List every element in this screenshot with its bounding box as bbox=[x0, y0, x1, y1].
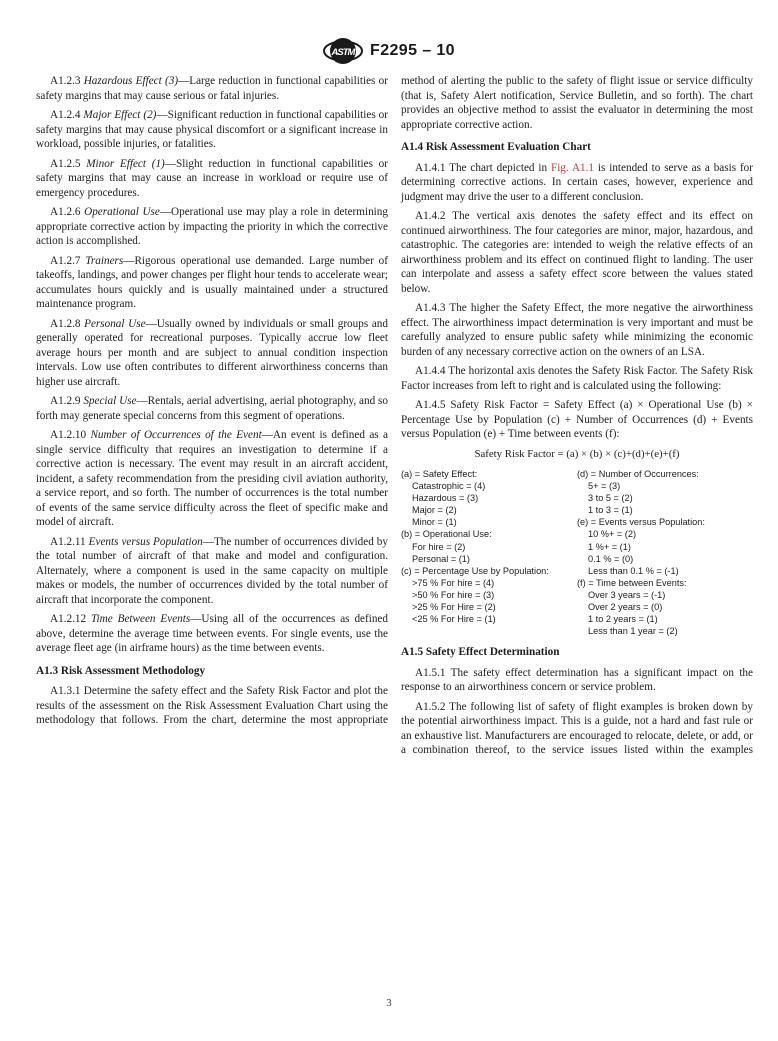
factor-legend-line: Personal = (1) bbox=[401, 553, 577, 565]
italic-term: Major Effect (2) bbox=[83, 109, 156, 121]
paragraph: A1.2.3 Hazardous Effect (3)—Large reduct… bbox=[36, 74, 388, 103]
factor-legend-column: (a) = Safety Effect:Catastrophic = (4)Ha… bbox=[401, 468, 577, 637]
paragraph: A1.5.2 The following list of safety of f… bbox=[401, 700, 753, 758]
text-run: A1.4.4 The horizontal axis denotes the S… bbox=[401, 365, 753, 392]
text-run: A1.4.5 Safety Risk Factor = Safety Effec… bbox=[401, 399, 753, 440]
paragraph: A1.2.4 Major Effect (2)—Significant redu… bbox=[36, 108, 388, 152]
paragraph: A1.4.4 The horizontal axis denotes the S… bbox=[401, 364, 753, 393]
factor-legend-line: (a) = Safety Effect: bbox=[401, 468, 577, 480]
column-left: A1.2.3 Hazardous Effect (3)—Large reduct… bbox=[36, 74, 388, 763]
factor-legend-line: >75 % For hire = (4) bbox=[401, 577, 577, 589]
paragraph: A1.2.12 Time Between Events—Using all of… bbox=[36, 612, 388, 656]
page-header: ASTM F2295 – 10 bbox=[0, 36, 778, 66]
paragraph: A1.4.1 The chart depicted in Fig. A1.1 i… bbox=[401, 161, 753, 205]
italic-term: Time Between Events bbox=[91, 613, 190, 625]
italic-term: Minor Effect (1) bbox=[86, 158, 165, 170]
text-columns: A1.2.3 Hazardous Effect (3)—Large reduct… bbox=[36, 74, 753, 763]
factor-legend-line: Catastrophic = (4) bbox=[401, 480, 577, 492]
factor-legend-line: <25 % For Hire = (1) bbox=[401, 613, 577, 625]
factor-legend-line: Over 2 years = (0) bbox=[577, 601, 753, 613]
section-heading: A1.4 Risk Assessment Evaluation Chart bbox=[401, 140, 753, 155]
paragraph: A1.4.5 Safety Risk Factor = Safety Effec… bbox=[401, 398, 753, 442]
factor-legend-line: (d) = Number of Occurrences: bbox=[577, 468, 753, 480]
factor-legend-line: Less than 0.1 % = (-1) bbox=[577, 565, 753, 577]
paragraph: A1.2.5 Minor Effect (1)—Slight reduction… bbox=[36, 157, 388, 201]
paragraph: method of alerting the public to the saf… bbox=[401, 74, 753, 132]
paragraph: A1.2.10 Number of Occurrences of the Eve… bbox=[36, 428, 388, 530]
text-run: method of alerting the public to the saf… bbox=[401, 75, 753, 131]
paragraph: A1.3.1 Determine the safety effect and t… bbox=[36, 684, 388, 728]
italic-term: Operational Use bbox=[84, 206, 160, 218]
factor-legend-line: For hire = (2) bbox=[401, 541, 577, 553]
text-run: A1.4.1 The chart depicted in bbox=[415, 162, 551, 174]
text-run: A1.2.7 bbox=[50, 255, 85, 267]
text-run: A1.2.4 bbox=[50, 109, 83, 121]
text-run: A1.4.2 The vertical axis denotes the saf… bbox=[401, 210, 753, 295]
italic-term: Events versus Population bbox=[89, 536, 203, 548]
factor-legend-line: 1 to 2 years = (1) bbox=[577, 613, 753, 625]
factor-legend-line: Major = (2) bbox=[401, 504, 577, 516]
text-run: A1.5.2 The following list of safety of f… bbox=[401, 701, 753, 757]
factor-legend-line: 5+ = (3) bbox=[577, 480, 753, 492]
document-page: ASTM F2295 – 10 A1.2.3 Hazardous Effect … bbox=[0, 0, 778, 1041]
factor-legend-line: (c) = Percentage Use by Population: bbox=[401, 565, 577, 577]
italic-term: Number of Occurrences of the Event bbox=[90, 429, 261, 441]
factor-legend-line: 10 %+ = (2) bbox=[577, 528, 753, 540]
text-run: A1.3.1 Determine the safety effect and t… bbox=[36, 685, 388, 726]
paragraph: A1.4.2 The vertical axis denotes the saf… bbox=[401, 209, 753, 296]
factor-legend-line: Minor = (1) bbox=[401, 516, 577, 528]
text-run: A1.2.5 bbox=[50, 158, 86, 170]
italic-term: Hazardous Effect (3) bbox=[84, 75, 178, 87]
factor-legend-line: >50 % For hire = (3) bbox=[401, 589, 577, 601]
factor-legend-line: >25 % For Hire = (2) bbox=[401, 601, 577, 613]
text-run: A1.5.1 The safety effect determination h… bbox=[401, 667, 753, 694]
factor-legend-line: 1 to 3 = (1) bbox=[577, 504, 753, 516]
fig-a1-1-link[interactable]: Fig. A1.1 bbox=[551, 162, 594, 174]
factor-legend-line: (f) = Time between Events: bbox=[577, 577, 753, 589]
text-run: A1.2.10 bbox=[50, 429, 90, 441]
page-number: 3 bbox=[0, 998, 778, 1009]
factor-legend: (a) = Safety Effect:Catastrophic = (4)Ha… bbox=[401, 468, 753, 637]
standard-designation: F2295 – 10 bbox=[370, 42, 455, 60]
paragraph: A1.2.7 Trainers—Rigorous operational use… bbox=[36, 254, 388, 312]
text-run: A1.2.9 bbox=[50, 395, 83, 407]
astm-logo-icon: ASTM bbox=[323, 36, 363, 66]
text-run: A1.4.3 The higher the Safety Effect, the… bbox=[401, 302, 753, 358]
paragraph: A1.5.1 The safety effect determination h… bbox=[401, 666, 753, 695]
factor-legend-line: 3 to 5 = (2) bbox=[577, 492, 753, 504]
paragraph: A1.2.8 Personal Use—Usually owned by ind… bbox=[36, 317, 388, 390]
section-heading: A1.3 Risk Assessment Methodology bbox=[36, 664, 388, 679]
paragraph: A1.2.9 Special Use—Rentals, aerial adver… bbox=[36, 394, 388, 423]
italic-term: Special Use bbox=[83, 395, 136, 407]
text-run: A1.2.8 bbox=[50, 318, 84, 330]
factor-legend-line: (b) = Operational Use: bbox=[401, 528, 577, 540]
factor-legend-line: Less than 1 year = (2) bbox=[577, 625, 753, 637]
factor-legend-line: 1 %+ = (1) bbox=[577, 541, 753, 553]
text-run: —An event is defined as a single service… bbox=[36, 429, 388, 528]
section-heading: A1.5 Safety Effect Determination bbox=[401, 645, 753, 660]
factor-legend-line: Over 3 years = (-1) bbox=[577, 589, 753, 601]
factor-legend-column: (d) = Number of Occurrences:5+ = (3)3 to… bbox=[577, 468, 753, 637]
italic-term: Trainers bbox=[85, 255, 123, 267]
svg-text:ASTM: ASTM bbox=[331, 47, 357, 58]
column-right: method of alerting the public to the saf… bbox=[401, 74, 753, 763]
risk-factor-formula: Safety Risk Factor = (a) × (b) × (c)+(d)… bbox=[401, 447, 753, 462]
factor-legend-line: 0.1 % = (0) bbox=[577, 553, 753, 565]
factor-legend-line: Hazardous = (3) bbox=[401, 492, 577, 504]
italic-term: Personal Use bbox=[84, 318, 145, 330]
text-run: A1.2.6 bbox=[50, 206, 84, 218]
text-run: A1.2.3 bbox=[50, 75, 84, 87]
text-run: A1.2.12 bbox=[50, 613, 91, 625]
paragraph: A1.2.11 Events versus Population—The num… bbox=[36, 535, 388, 608]
factor-legend-line: (e) = Events versus Population: bbox=[577, 516, 753, 528]
text-run: A1.2.11 bbox=[50, 536, 89, 548]
paragraph: A1.2.6 Operational Use—Operational use m… bbox=[36, 205, 388, 249]
paragraph: A1.4.3 The higher the Safety Effect, the… bbox=[401, 301, 753, 359]
